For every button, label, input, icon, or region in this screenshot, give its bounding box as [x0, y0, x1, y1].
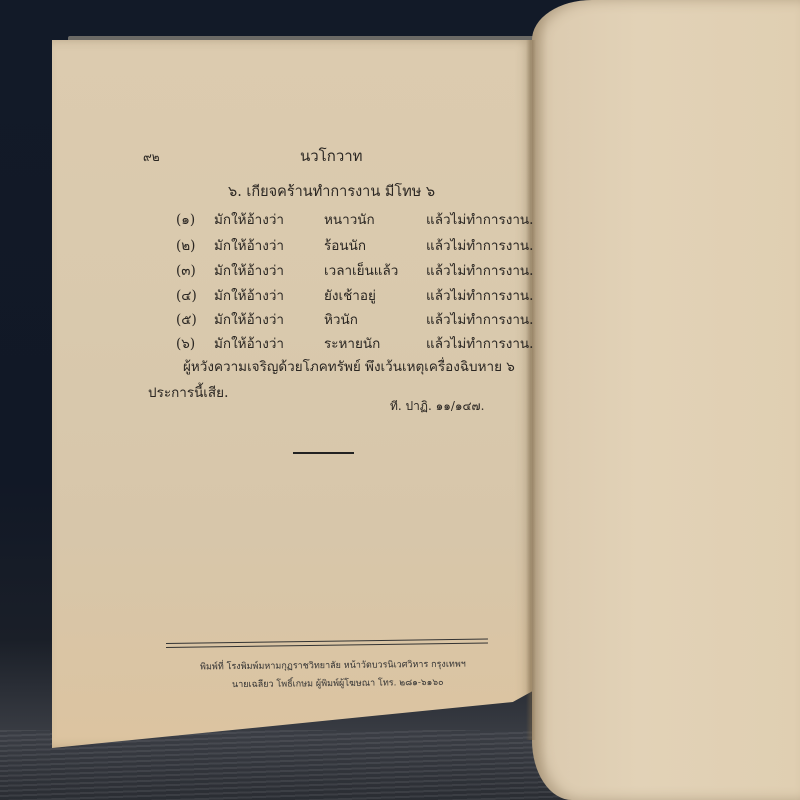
item-lead: มักให้อ้างว่า	[214, 259, 284, 281]
conclusion-paragraph-line2: ประการนี้เสีย.	[148, 381, 228, 403]
item-number: (๔)	[176, 284, 197, 306]
printer-imprint-line2: นายเฉลียว โพธิ์เกษม ผู้พิมพ์ผู้โฆษณา โทร…	[232, 675, 444, 691]
conclusion-paragraph-line1: ผู้หวังความเจริญด้วยโภคทรัพย์ พึงเว้นเหต…	[183, 355, 515, 377]
item-number: (๖)	[176, 332, 195, 354]
item-excuse: ระหายนัก	[324, 332, 380, 354]
page-number: ๙๒	[143, 148, 160, 167]
item-result: แล้วไม่ทำการงาน.	[426, 259, 533, 281]
item-lead: มักให้อ้างว่า	[214, 332, 284, 354]
item-lead: มักให้อ้างว่า	[214, 284, 284, 306]
item-number: (๒)	[176, 234, 195, 256]
scripture-reference: ที. ปาฏิ. ๑๑/๑๔๗.	[390, 397, 484, 416]
right-page-blank	[532, 0, 800, 800]
item-lead: มักให้อ้างว่า	[214, 208, 284, 230]
item-number: (๓)	[176, 259, 196, 281]
item-number: (๑)	[176, 208, 195, 230]
item-result: แล้วไม่ทำการงาน.	[426, 308, 533, 330]
section-end-rule	[293, 452, 354, 454]
book-gutter	[526, 40, 536, 740]
item-number: (๕)	[176, 308, 197, 330]
printer-imprint-line1: พิมพ์ที่ โรงพิมพ์มหามกุฏราชวิทยาลัย หน้า…	[200, 657, 466, 674]
item-excuse: ร้อนนัก	[324, 234, 366, 256]
item-lead: มักให้อ้างว่า	[214, 308, 284, 330]
item-excuse: เวลาเย็นแล้ว	[324, 259, 398, 281]
item-excuse: ยังเช้าอยู่	[324, 284, 376, 306]
item-result: แล้วไม่ทำการงาน.	[426, 284, 533, 306]
item-lead: มักให้อ้างว่า	[214, 234, 284, 256]
running-head: นวโกวาท	[300, 144, 363, 168]
section-title: ๖. เกียจคร้านทำการงาน มีโทษ ๖	[228, 180, 435, 203]
item-result: แล้วไม่ทำการงาน.	[426, 234, 533, 256]
item-excuse: หิวนัก	[324, 308, 358, 330]
item-result: แล้วไม่ทำการงาน.	[426, 332, 533, 354]
item-result: แล้วไม่ทำการงาน.	[426, 208, 533, 230]
item-excuse: หนาวนัก	[324, 208, 375, 230]
